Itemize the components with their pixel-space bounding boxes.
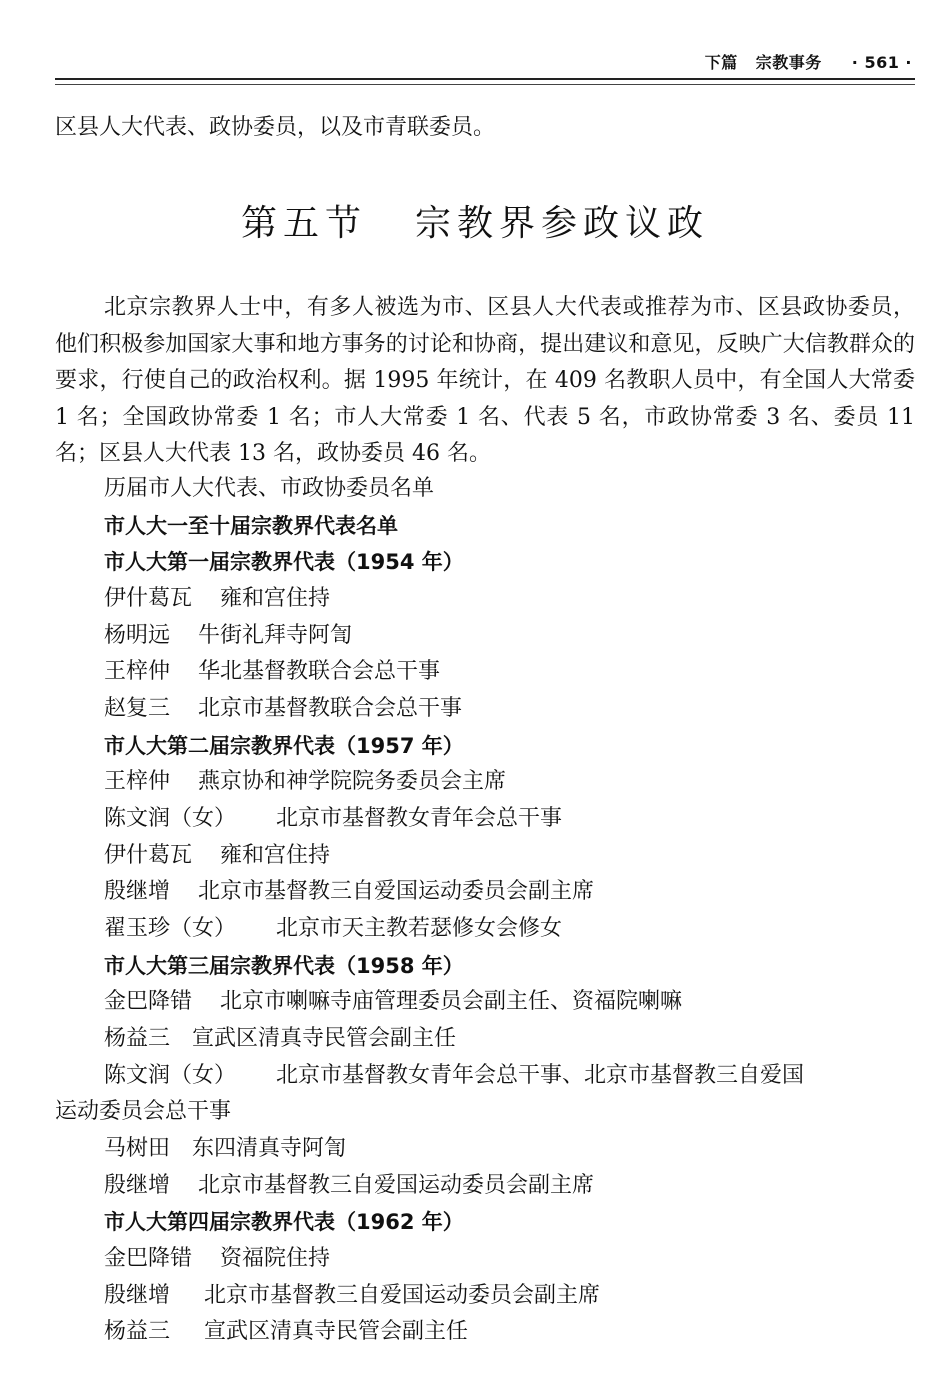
member-role: 雍和宫住持 [220, 843, 330, 868]
member-name: 金巴降错 [104, 1245, 192, 1273]
list-intro: 历届市人大代表、市政协委员名单 [104, 475, 434, 503]
member-role: 北京市天主教若瑟修女会修女 [276, 916, 562, 941]
section-title: 第五节宗教界参政议政 [0, 195, 950, 246]
member-role: 宣武区清真寺民管会副主任 [204, 1319, 468, 1344]
member-entry: 赵复三北京市基督教联合会总干事 [104, 695, 462, 723]
member-name: 王梓仲 [104, 658, 170, 686]
member-role: 燕京协和神学院院务委员会主席 [198, 769, 506, 794]
member-role: 北京市基督教三自爱国运动委员会副主席 [198, 1173, 594, 1198]
member-role: 雍和宫住持 [220, 586, 330, 611]
member-name: 陈文润（女） [104, 1062, 236, 1090]
member-name: 殷继增 [104, 1282, 170, 1310]
member-entry: 杨明远牛街礼拜寺阿訇 [104, 622, 352, 650]
session-heading: 市人大第三届宗教界代表（1958 年） [104, 952, 464, 980]
member-entry: 伊什葛瓦雍和宫住持 [104, 585, 330, 613]
member-name: 伊什葛瓦 [104, 842, 192, 870]
member-name: 翟玉珍（女） [104, 915, 236, 943]
member-role: 北京市基督教女青年会总干事、北京市基督教三自爱国 [276, 1063, 804, 1088]
header-chapter: 宗教事务 [756, 53, 822, 72]
member-name: 杨益三 [104, 1318, 170, 1346]
member-name: 赵复三 [104, 695, 170, 723]
header-rule-thin [55, 84, 915, 85]
member-entry: 陈文润（女）北京市基督教女青年会总干事 [104, 805, 562, 833]
member-role: 东四清真寺阿訇 [192, 1136, 346, 1161]
member-entry: 杨益三宣武区清真寺民管会副主任 [104, 1025, 456, 1053]
section-heading: 宗教界参政议政 [415, 203, 709, 244]
member-role-continuation: 运动委员会总干事 [55, 1098, 231, 1126]
member-entry: 王梓仲燕京协和神学院院务委员会主席 [104, 768, 506, 796]
member-name: 王梓仲 [104, 768, 170, 796]
member-role: 北京市基督教女青年会总干事 [276, 806, 562, 831]
page-number: · 561 · [852, 53, 912, 72]
member-entry: 马树田东四清真寺阿訇 [104, 1135, 346, 1163]
list-title: 市人大一至十届宗教界代表名单 [104, 512, 398, 540]
member-role: 华北基督教联合会总干事 [198, 659, 440, 684]
session-heading: 市人大第一届宗教界代表（1954 年） [104, 548, 464, 576]
member-name: 马树田 [104, 1135, 170, 1163]
member-name: 陈文润（女） [104, 805, 236, 833]
member-name: 金巴降错 [104, 988, 192, 1016]
member-entry: 殷继增北京市基督教三自爱国运动委员会副主席 [104, 1282, 600, 1310]
member-name: 杨明远 [104, 622, 170, 650]
member-role: 宣武区清真寺民管会副主任 [192, 1026, 456, 1051]
member-name: 伊什葛瓦 [104, 585, 192, 613]
section-number: 第五节 [241, 203, 367, 244]
continuation-line: 区县人大代表、政协委员，以及市青联委员。 [55, 114, 495, 142]
member-entry: 金巴降错北京市喇嘛寺庙管理委员会副主任、资福院喇嘛 [104, 988, 682, 1016]
member-entry: 陈文润（女）北京市基督教女青年会总干事、北京市基督教三自爱国 [104, 1062, 804, 1090]
header-rule-thick [55, 78, 915, 80]
member-entry: 王梓仲华北基督教联合会总干事 [104, 658, 440, 686]
intro-paragraph: 北京宗教界人士中，有多人被选为市、区县人大代表或推荐为市、区县政协委员，他们积极… [55, 290, 915, 473]
member-entry: 殷继增北京市基督教三自爱国运动委员会副主席 [104, 1172, 594, 1200]
member-entry: 殷继增北京市基督教三自爱国运动委员会副主席 [104, 878, 594, 906]
member-role: 北京市喇嘛寺庙管理委员会副主任、资福院喇嘛 [220, 989, 682, 1014]
member-role: 北京市基督教三自爱国运动委员会副主席 [204, 1283, 600, 1308]
member-entry: 翟玉珍（女）北京市天主教若瑟修女会修女 [104, 915, 562, 943]
session-heading: 市人大第四届宗教界代表（1962 年） [104, 1208, 464, 1236]
member-name: 杨益三 [104, 1025, 170, 1053]
member-entry: 伊什葛瓦雍和宫住持 [104, 842, 330, 870]
member-role: 北京市基督教三自爱国运动委员会副主席 [198, 879, 594, 904]
session-heading: 市人大第二届宗教界代表（1957 年） [104, 732, 464, 760]
member-role: 北京市基督教联合会总干事 [198, 696, 462, 721]
member-name: 殷继增 [104, 878, 170, 906]
member-role: 资福院住持 [220, 1246, 330, 1271]
member-entry: 金巴降错资福院住持 [104, 1245, 330, 1273]
member-role: 牛街礼拜寺阿訇 [198, 623, 352, 648]
member-name: 殷继增 [104, 1172, 170, 1200]
member-entry: 杨益三宣武区清真寺民管会副主任 [104, 1318, 468, 1346]
header-part: 下篇 [705, 53, 738, 72]
running-header: 下篇宗教事务· 561 · [0, 50, 912, 73]
